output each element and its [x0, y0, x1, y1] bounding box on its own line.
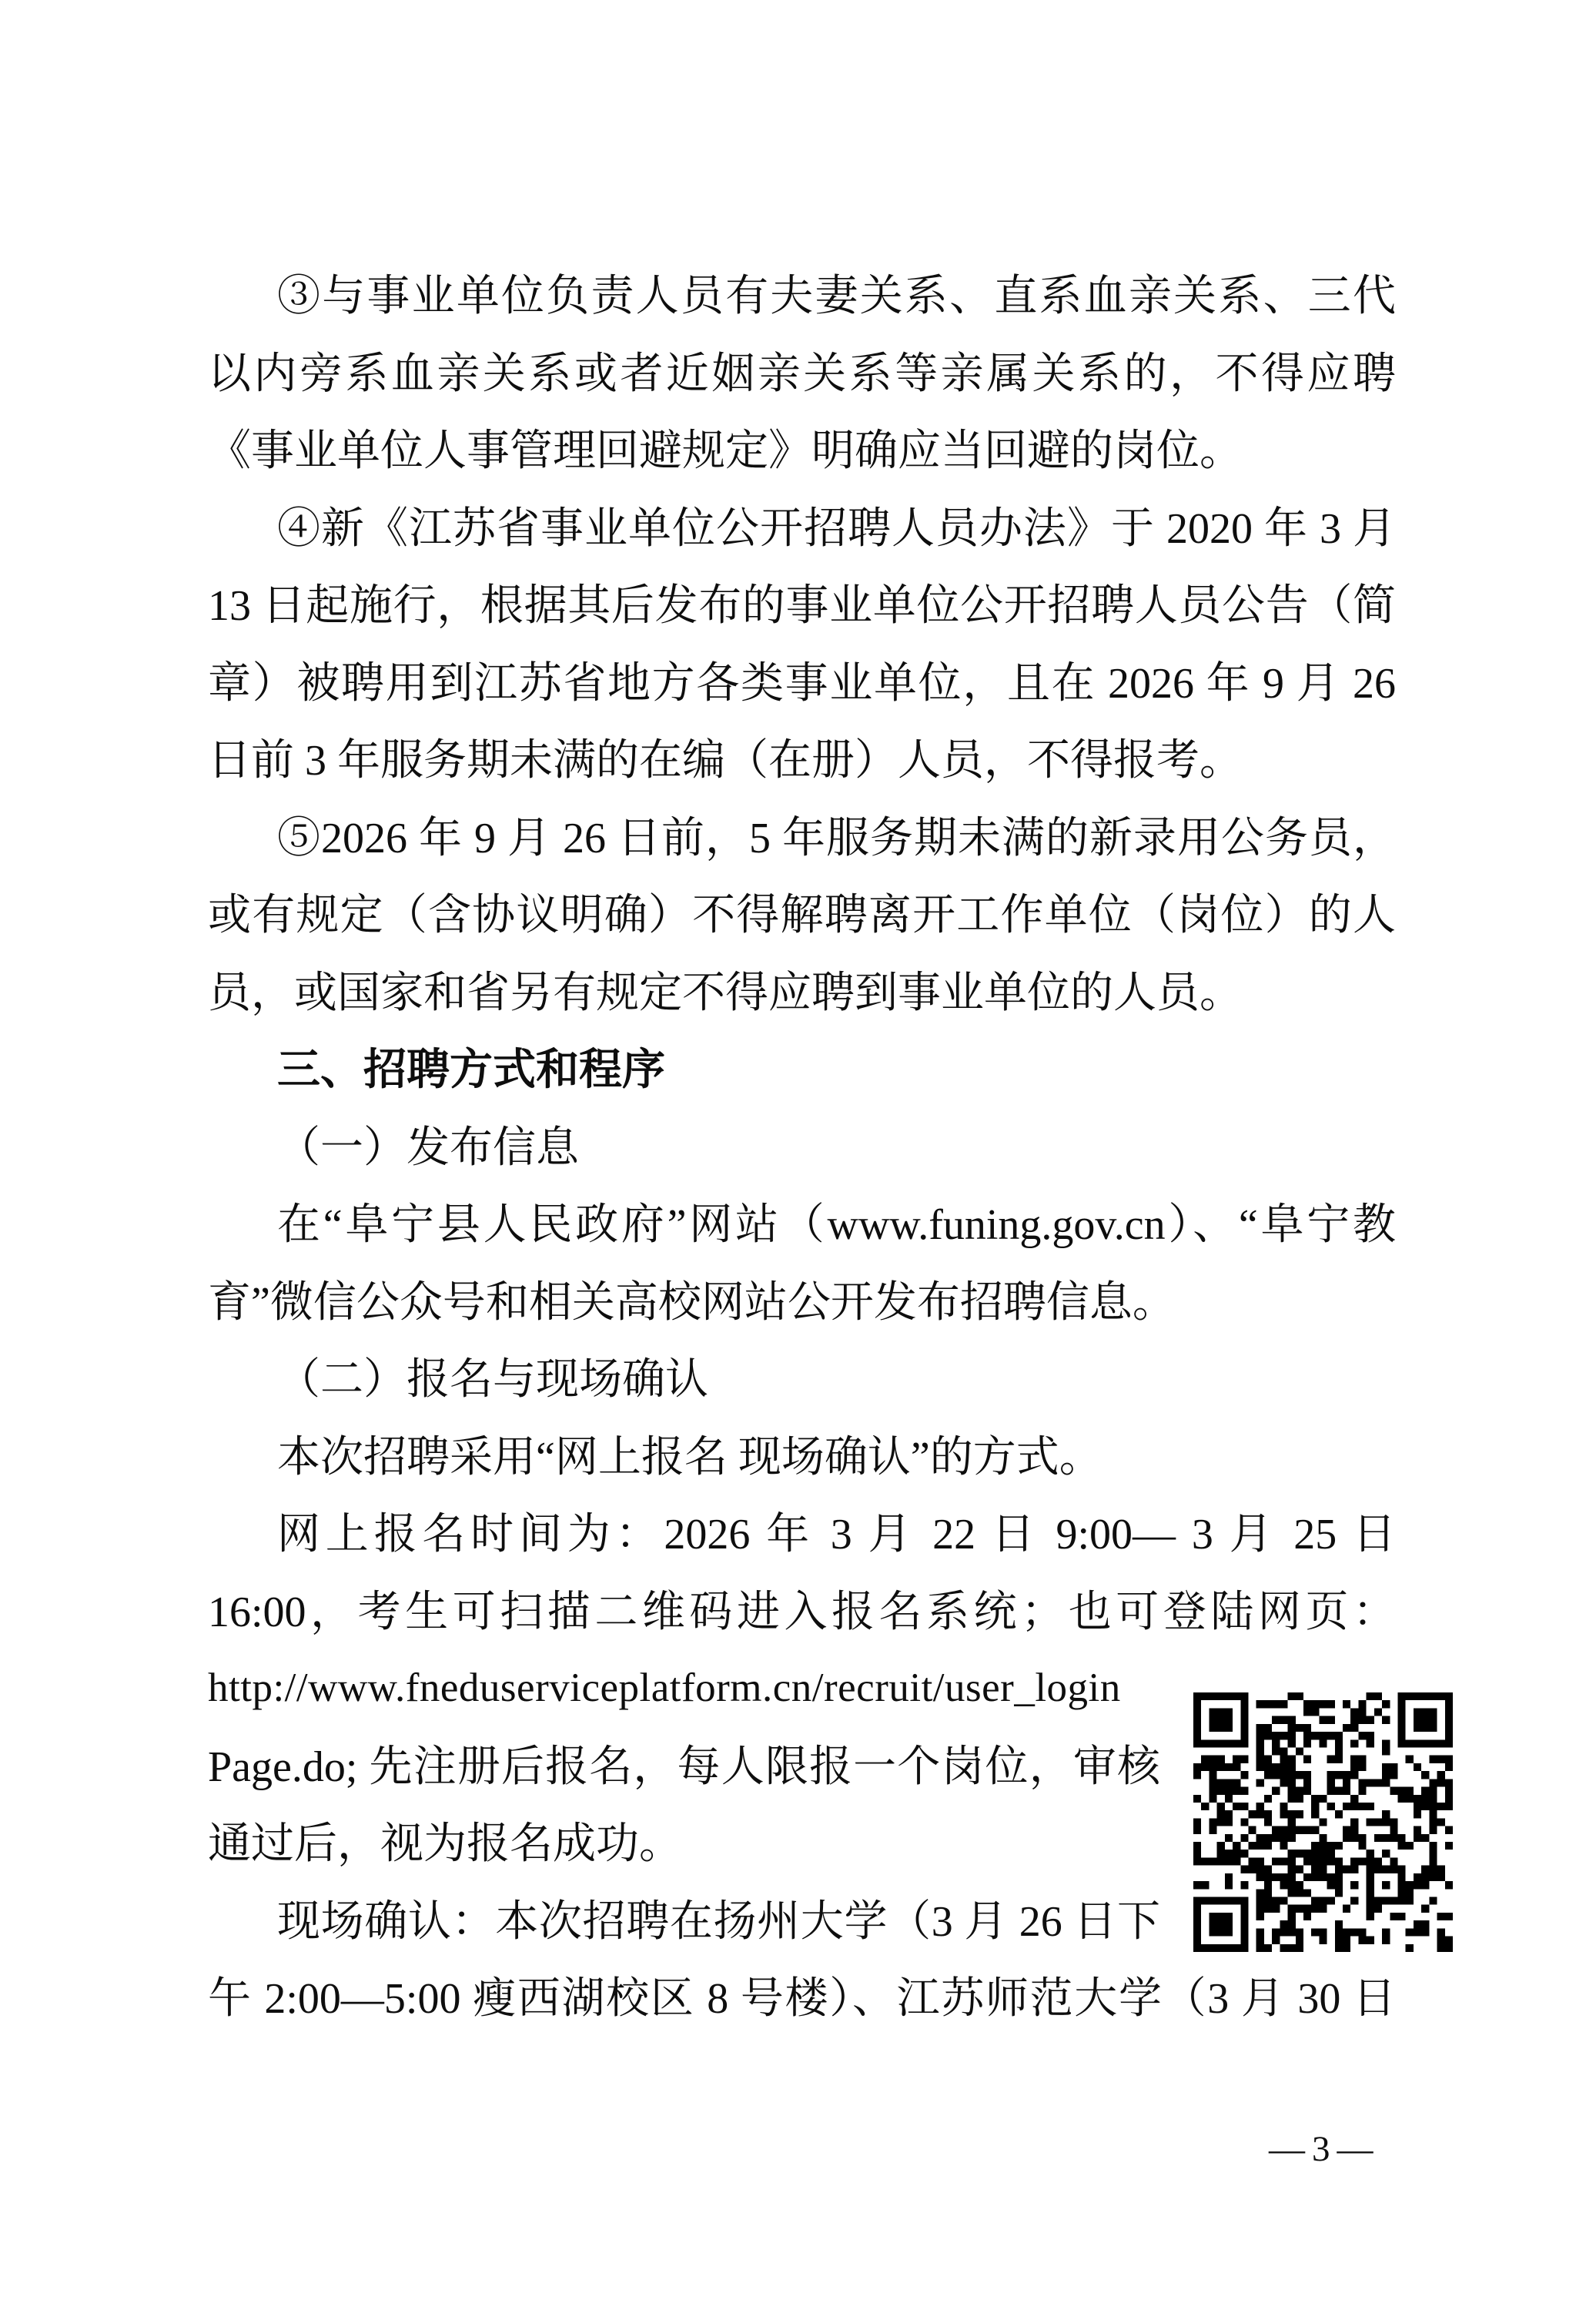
registration-qr-code — [1193, 1692, 1453, 1952]
text-line: 网上报名时间为：2026 年 3 月 22 日 9:00— 3 月 25 日 — [208, 1508, 1396, 1563]
text-line: ⑤2026 年 9 月 26 日前，5 年服务期未满的新录用公务员， — [208, 812, 1396, 867]
document-page: ③与事业单位负责人员有夫妻关系、直系血亲关系、三代以内旁系血亲关系或者近姻亲关系… — [0, 0, 1596, 2310]
text-line: 本次招聘采用“网上报名 现场确认”的方式。 — [208, 1431, 1396, 1486]
text-line: 13 日起施行，根据其后发布的事业单位公开招聘人员公告（简 — [208, 579, 1396, 634]
text-line: （二）报名与现场确认 — [208, 1353, 1396, 1408]
text-line: （一）发布信息 — [208, 1121, 1396, 1177]
text-line: 员，或国家和省另有规定不得应聘到事业单位的人员。 — [208, 966, 1396, 1022]
page-number: —3— — [1269, 2128, 1380, 2170]
text-line: ③与事业单位负责人员有夫妻关系、直系血亲关系、三代 — [208, 269, 1396, 325]
text-line: 午 2:00—5:00 瘦西湖校区 8 号楼）、江苏师范大学（3 月 30 日 — [208, 1972, 1396, 2027]
text-line: 在“阜宁县人民政府”网站（www.funing.gov.cn）、“阜宁教 — [208, 1198, 1396, 1254]
text-line: 16:00，考生可扫描二维码进入报名系统；也可登陆网页： — [208, 1585, 1396, 1641]
text-line: 育”微信公众号和相关高校网站公开发布招聘信息。 — [208, 1276, 1396, 1331]
text-line: 以内旁系血亲关系或者近姻亲关系等亲属关系的，不得应聘 — [208, 347, 1396, 403]
text-line: 日前 3 年服务期未满的在编（在册）人员，不得报考。 — [208, 734, 1396, 789]
text-line: 《事业单位人事管理回避规定》明确应当回避的岗位。 — [208, 424, 1396, 480]
text-line: 章）被聘用到江苏省地方各类事业单位，且在 2026 年 9 月 26 — [208, 657, 1396, 712]
text-line: 现场确认：本次招聘在扬州大学（3 月 26 日下 — [208, 1895, 1160, 1950]
text-line: Page.do; 先注册后报名，每人限报一个岗位，审核 — [208, 1740, 1160, 1796]
text-line: 或有规定（含协议明确）不得解聘离开工作单位（岗位）的人 — [208, 889, 1396, 944]
text-line: 三、招聘方式和程序 — [208, 1043, 1396, 1099]
text-line: ④新《江苏省事业单位公开招聘人员办法》于 2020 年 3 月 — [208, 502, 1396, 557]
